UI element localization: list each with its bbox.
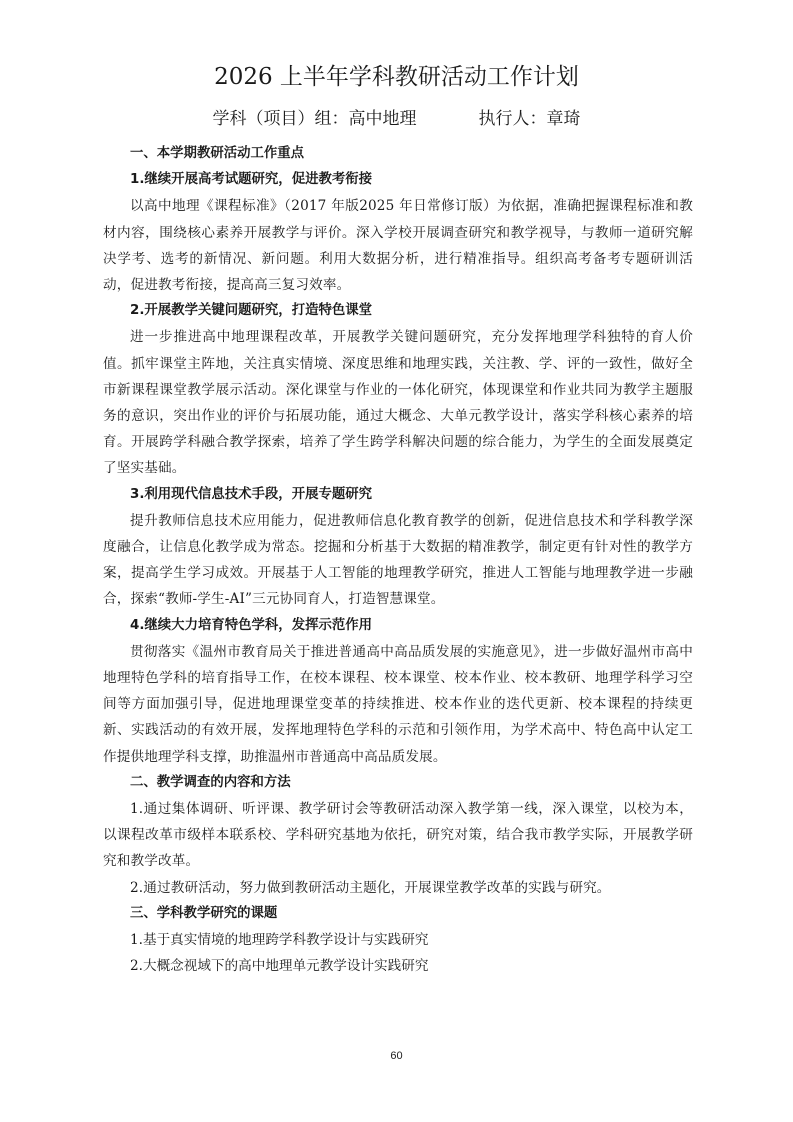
- paragraph-1-1: 以高中地理《课程标准》（2017 年版2025 年日常修订版）为依据，准确把握课…: [103, 193, 693, 298]
- paragraph-1-4: 贯彻落实《温州市教育局关于推进普通高中高品质发展的实施意见》，进一步做好温州市高…: [103, 639, 693, 770]
- subsection-heading-1-4: 4.继续大力培育特色学科，发挥示范作用: [103, 613, 693, 639]
- paragraph-1-3: 提升教师信息技术应用能力，促进教师信息化教育教学的创新，促进信息技术和学科教学深…: [103, 508, 693, 613]
- document-title: 2026 上半年学科教研活动工作计划: [0, 58, 793, 91]
- section-heading-3: 三、学科教学研究的课题: [103, 901, 693, 927]
- section-heading-2: 二、教学调查的内容和方法: [103, 770, 693, 796]
- research-topic-item: 1.基于真实情境的地理跨学科教学设计与实践研究: [103, 927, 693, 953]
- document-page: 2026 上半年学科教研活动工作计划 学科（项目）组：高中地理执行人：章琦 一、…: [0, 0, 793, 1122]
- subsection-heading-1-2: 2.开展教学关键问题研究，打造特色课堂: [103, 298, 693, 324]
- document-body: 一、本学期教研活动工作重点 1.继续开展高考试题研究，促进教考衔接 以高中地理《…: [103, 141, 693, 980]
- section-heading-1: 一、本学期教研活动工作重点: [103, 141, 693, 167]
- paragraph-2-1: 1.通过集体调研、听评课、教学研讨会等教研活动深入教学第一线，深入课堂，以校为本…: [103, 796, 693, 875]
- paragraph-1-2: 进一步推进高中地理课程改革，开展教学关键问题研究，充分发挥地理学科独特的育人价值…: [103, 324, 693, 481]
- subsection-heading-1-1: 1.继续开展高考试题研究，促进教考衔接: [103, 167, 693, 193]
- page-number: 60: [0, 1050, 793, 1062]
- subject-group-label: 学科（项目）组：高中地理: [213, 109, 417, 129]
- executor-label: 执行人：章琦: [479, 109, 581, 129]
- research-topic-item: 2.大概念视域下的高中地理单元教学设计实践研究: [103, 953, 693, 979]
- paragraph-2-2: 2.通过教研活动，努力做到教研活动主题化，开展课堂教学改革的实践与研究。: [103, 875, 693, 901]
- subsection-heading-1-3: 3.利用现代信息技术手段，开展专题研究: [103, 482, 693, 508]
- document-subtitle: 学科（项目）组：高中地理执行人：章琦: [0, 104, 793, 129]
